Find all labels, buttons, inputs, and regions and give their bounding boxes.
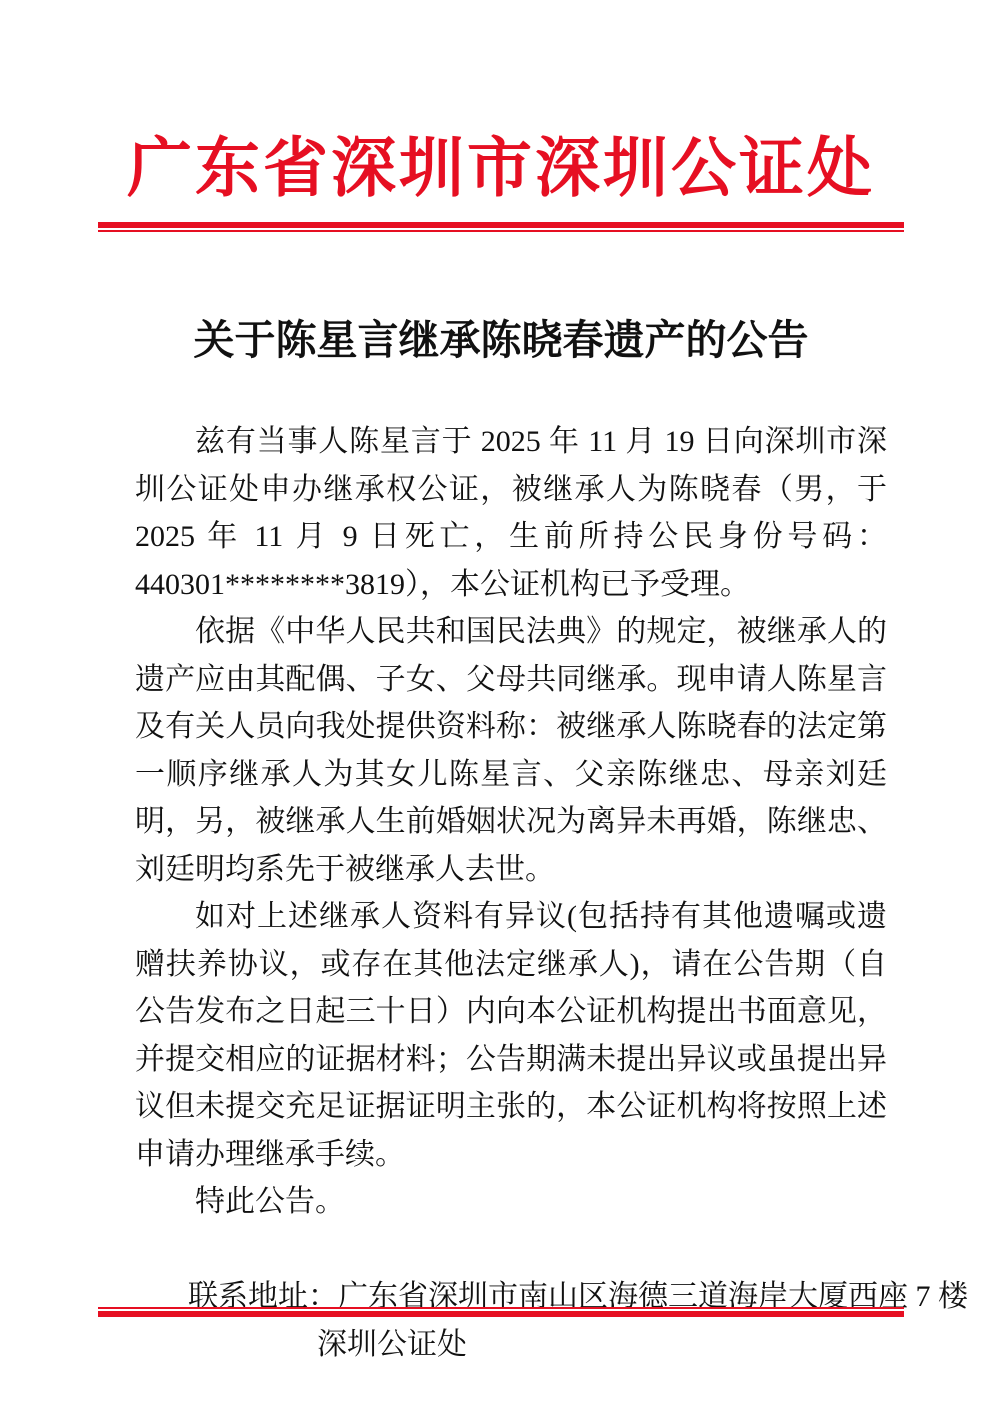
- paragraph-objection-period: 如对上述继承人资料有异议(包括持有其他遗嘱或遗赠扶养协议，或存在其他法定继承人)…: [135, 893, 887, 1178]
- letterhead-organization: 广东省深圳市深圳公证处: [0, 126, 1002, 212]
- rule-thin-bar: [98, 230, 904, 232]
- contact-organization: 深圳公证处: [317, 1321, 887, 1369]
- paragraph-heirs-statement: 依据《中华人民共和国民法典》的规定，被继承人的遗产应由其配偶、子女、父母共同继承…: [135, 608, 887, 893]
- letterhead-double-rule: [98, 222, 904, 232]
- footer-double-rule: [98, 1307, 904, 1317]
- paragraph-case-acceptance: 兹有当事人陈星言于 2025 年 11 月 19 日向深圳市深圳公证处申办继承权…: [135, 418, 887, 608]
- contact-block: 联系地址：广东省深圳市南山区海德三道海岸大厦西座 7 楼 深圳公证处: [135, 1273, 887, 1368]
- rule-thick-bar: [98, 1311, 904, 1317]
- notice-page: 广东省深圳市深圳公证处 关于陈星言继承陈晓春遗产的公告 兹有当事人陈星言于 20…: [0, 0, 1002, 1416]
- notice-body: 兹有当事人陈星言于 2025 年 11 月 19 日向深圳市深圳公证处申办继承权…: [135, 418, 887, 1368]
- paragraph-closing: 特此公告。: [135, 1178, 887, 1226]
- notice-title: 关于陈星言继承陈晓春遗产的公告: [0, 314, 1002, 366]
